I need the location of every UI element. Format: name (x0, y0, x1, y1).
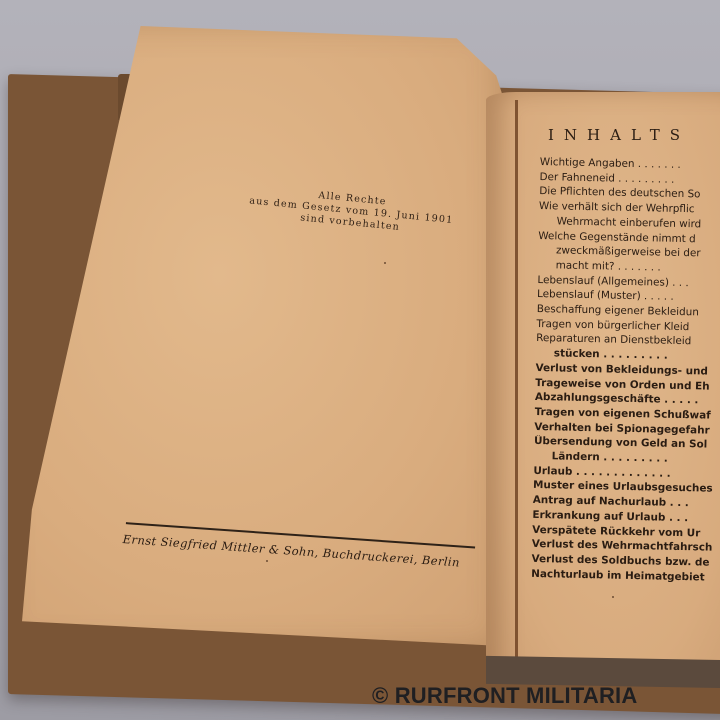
toc-entry: Nachturlaub im Heimatgebiet (531, 568, 720, 586)
watermark: © RURFRONT MILITARIA (372, 683, 637, 709)
book-gutter (515, 100, 518, 660)
paper-speck (266, 560, 268, 562)
paper-speck (612, 596, 614, 598)
book-photo: Alle Rechte aus dem Gesetz vom 19. Juni … (0, 0, 720, 720)
toc-title: INHALTS (548, 126, 690, 144)
paper-speck (384, 262, 386, 264)
table-of-contents: Wichtige Angaben . . . . . . .Der Fahnen… (531, 156, 720, 586)
